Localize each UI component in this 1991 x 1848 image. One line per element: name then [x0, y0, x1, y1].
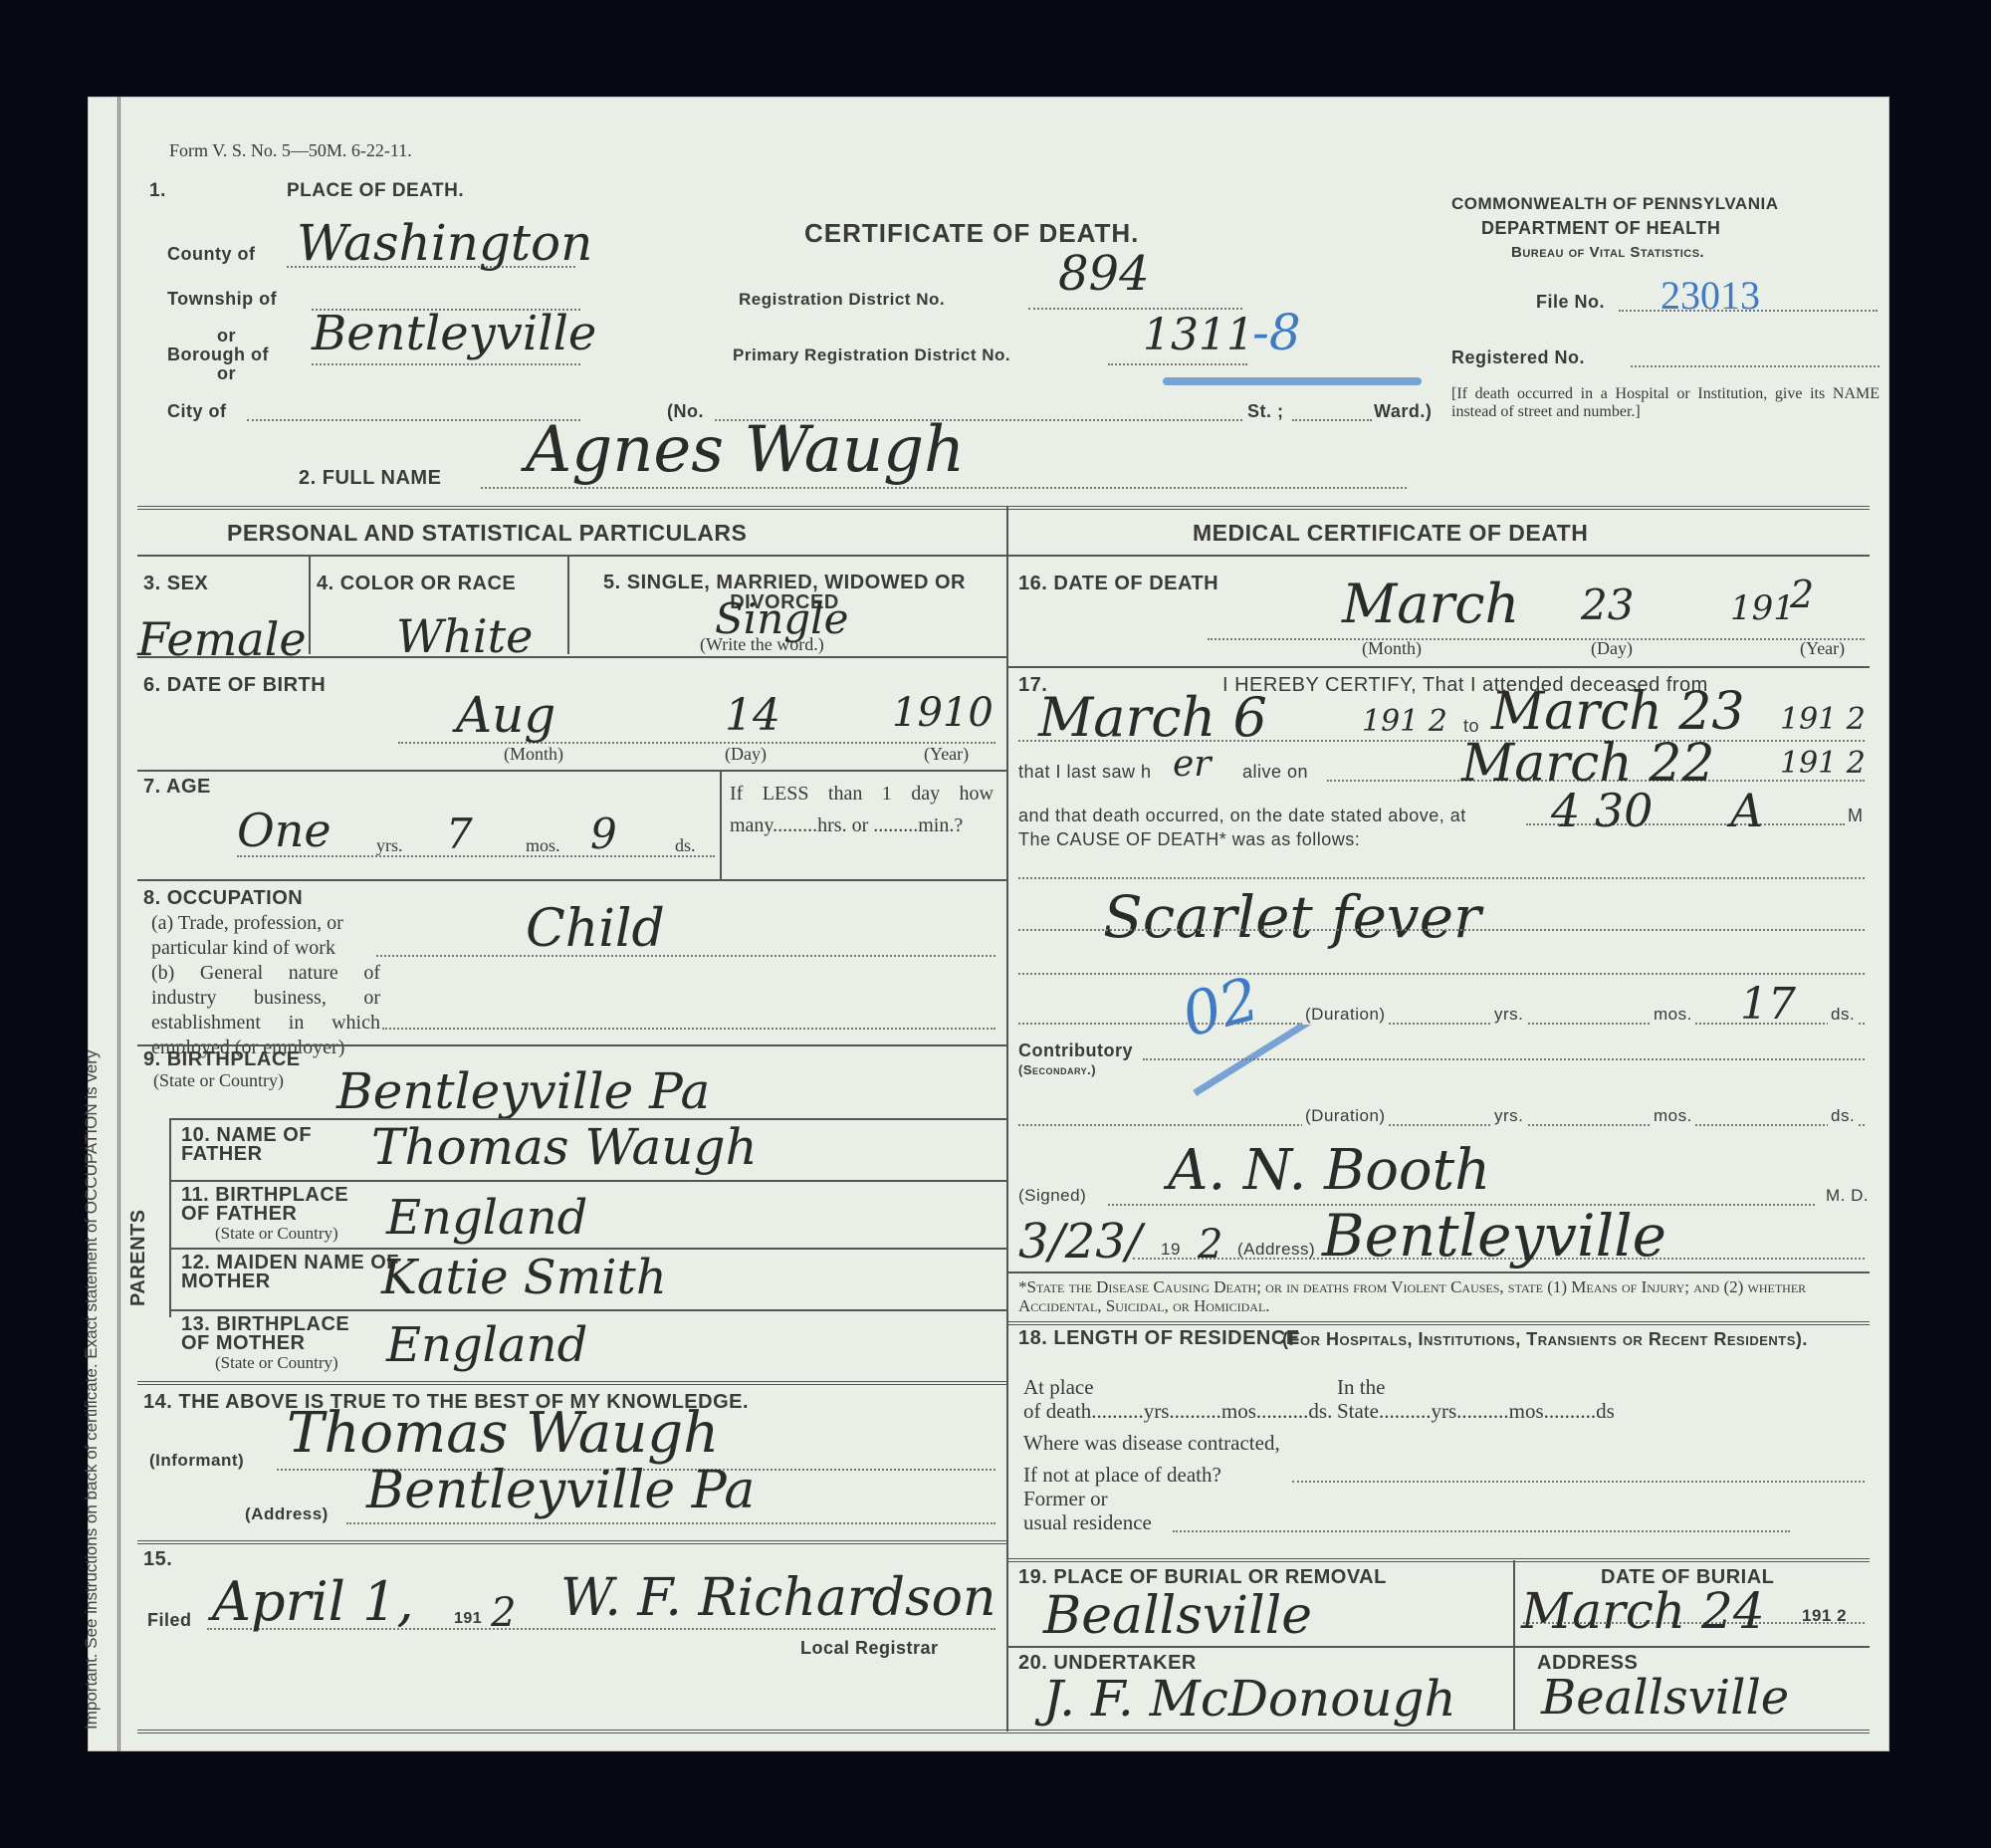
physician-signature: A. N. Booth: [1168, 1138, 1490, 1203]
form-number: Form V. S. No. 5—50M. 6-22-11.: [169, 140, 412, 161]
mother-name-value: Katie Smith: [381, 1250, 667, 1305]
local-registrar-label: Local Registrar: [800, 1638, 939, 1659]
filed-year-suffix: 2: [491, 1590, 516, 1636]
sex-label: 3. SEX: [143, 573, 208, 595]
date-of-death-month: March: [1342, 573, 1519, 635]
in-state-residence: State..........yrs..........mos.........…: [1337, 1399, 1615, 1424]
father-birthplace-sub: (State or Country): [215, 1224, 338, 1244]
filed-date: April 1,: [212, 1570, 414, 1633]
father-birthplace-label: 11. BIRTHPLACE OF FATHER: [181, 1186, 370, 1224]
cause-of-death-value: Scarlet fever: [1103, 883, 1481, 951]
year-caption: (Year): [1800, 638, 1845, 659]
birthplace-sub: (State or Country): [153, 1070, 284, 1091]
dob-year: 1910: [892, 690, 994, 736]
full-name-value: Agnes Waugh: [526, 413, 965, 487]
informant-value: Thomas Waugh: [287, 1401, 719, 1466]
margin-rule: [117, 97, 120, 1751]
death-occurred-label: and that death occurred, on the date sta…: [1018, 806, 1466, 826]
day-caption: (Day): [725, 744, 767, 765]
hospital-note: [If death occurred in a Hospital or Inst…: [1451, 385, 1880, 421]
duration-ds-label: ds.: [1828, 1106, 1858, 1126]
m-label: M: [1848, 806, 1864, 826]
marital-hint: (Write the word.): [700, 634, 824, 655]
last-saw-pronoun: er: [1173, 744, 1212, 785]
mother-birthplace-value: England: [386, 1317, 587, 1373]
age-months: 7: [446, 809, 473, 858]
registered-number-label: Registered No.: [1451, 347, 1585, 368]
certificate-title: CERTIFICATE OF DEATH.: [804, 218, 1139, 249]
ward-label: Ward.): [1374, 401, 1432, 422]
informant-label: (Informant): [149, 1451, 244, 1471]
primary-district-blue-mark: -8: [1252, 304, 1301, 361]
agency-commonwealth: COMMONWEALTH OF PENNSYLVANIA: [1451, 194, 1778, 214]
section-1-number: 1.: [149, 180, 166, 202]
personal-heading: PERSONAL AND STATISTICAL PARTICULARS: [227, 520, 747, 547]
duration-label: (Duration): [1302, 1106, 1389, 1126]
less-than-day-text: If LESS than 1 day how many.........hrs.…: [730, 778, 994, 841]
signed-year-prefix: 19: [1161, 1240, 1181, 1260]
month-caption: (Month): [1362, 638, 1422, 659]
birthplace-value: Bentleyville Pa: [336, 1062, 710, 1120]
borough-label: Borough of: [167, 345, 269, 365]
cause-footnote: *State the Disease Causing Death; or in …: [1018, 1277, 1865, 1315]
dob-label: 6. DATE OF BIRTH: [143, 674, 326, 697]
county-value: Washington: [297, 214, 592, 272]
duration-mos-label: mos.: [1651, 1106, 1695, 1126]
burial-date-year: 191 2: [1802, 1606, 1847, 1626]
occupation-label: 8. OCCUPATION: [143, 887, 303, 910]
parents-label: PARENTS: [127, 1209, 150, 1306]
file-number-value: 23013: [1660, 272, 1760, 319]
registration-district-value: 894: [1058, 246, 1150, 302]
duration-ds-label: ds.: [1828, 1005, 1858, 1025]
birthplace-label: 9. BIRTHPLACE: [143, 1048, 301, 1071]
city-label: City of: [167, 401, 227, 422]
residence-heading: 18. LENGTH OF RESIDENCE: [1018, 1327, 1300, 1350]
duration-days-value: 17: [1740, 979, 1796, 1030]
age-label: 7. AGE: [143, 776, 211, 799]
informant-address-value: Bentleyville Pa: [366, 1461, 755, 1520]
or-text: or: [217, 363, 236, 384]
medical-heading: MEDICAL CERTIFICATE OF DEATH: [1193, 520, 1588, 547]
signed-date: 3/23/: [1018, 1214, 1142, 1270]
burial-place-value: Beallsville: [1043, 1586, 1312, 1646]
informant-address-label: (Address): [245, 1504, 329, 1524]
cause-of-death-label: The CAUSE OF DEATH* was as follows:: [1018, 829, 1360, 850]
date-of-death-day: 23: [1581, 580, 1634, 629]
filed-year-prefix: 191: [454, 1610, 482, 1628]
or-text: or: [217, 326, 236, 346]
death-certificate: Important. See instructions on back of c…: [88, 97, 1889, 1751]
registration-district-label: Registration District No.: [739, 290, 945, 310]
attended-to-date: March 23: [1491, 682, 1744, 742]
physician-address-label: (Address): [1237, 1240, 1315, 1260]
mother-name-label: 12. MAIDEN NAME OF MOTHER: [181, 1254, 400, 1291]
primary-district-value: 1311: [1143, 310, 1254, 360]
age-days: 9: [590, 809, 617, 858]
residence-heading-note: (For Hospitals, Institutions, Transients…: [1282, 1329, 1870, 1349]
borough-value: Bentleyville: [312, 306, 596, 361]
agency-department: DEPARTMENT OF HEALTH: [1481, 218, 1720, 239]
attended-from-year: 191 2: [1362, 704, 1447, 739]
father-birthplace-value: England: [386, 1190, 587, 1246]
md-label: M. D.: [1826, 1186, 1869, 1206]
margin-instruction-text: Important. See instructions on back of c…: [82, 1050, 102, 1730]
year-caption: (Year): [924, 744, 969, 765]
am-pm-value: A: [1730, 784, 1763, 837]
alive-on-label: alive on: [1242, 762, 1308, 783]
duration-yrs-label: yrs.: [1491, 1005, 1526, 1025]
time-of-death: 4 30: [1551, 784, 1653, 837]
burial-date-value: March 24: [1521, 1582, 1765, 1640]
county-label: County of: [167, 244, 255, 265]
dob-day: 14: [725, 690, 780, 741]
file-number-label: File No.: [1536, 292, 1605, 313]
occupation-value: Child: [526, 899, 665, 959]
blue-annotation: 02: [1175, 964, 1266, 1050]
physician-address-value: Bentleyville: [1322, 1202, 1666, 1270]
attended-from-date: March 6: [1038, 686, 1267, 749]
of-death-residence: of death..........yrs..........mos......…: [1023, 1399, 1332, 1424]
section-15-number: 15.: [143, 1548, 172, 1571]
day-caption: (Day): [1591, 638, 1633, 659]
father-name-value: Thomas Waugh: [371, 1118, 758, 1176]
date-of-death-year-suffix: 2: [1790, 573, 1814, 616]
street-label: St. ;: [1247, 401, 1284, 422]
registrar-signature: W. F. Richardson: [560, 1568, 995, 1628]
last-saw-year: 191 2: [1780, 746, 1866, 781]
attended-to-year: 191 2: [1780, 702, 1866, 737]
agency-bureau: Bureau of Vital Statistics.: [1511, 244, 1704, 261]
in-the-label: In the: [1337, 1375, 1385, 1400]
dob-month: Aug: [456, 686, 555, 744]
mother-birthplace-sub: (State or Country): [215, 1353, 338, 1373]
filed-label: Filed: [147, 1610, 192, 1631]
signed-year-value: 2: [1198, 1222, 1222, 1268]
mother-birthplace-label: 13. BIRTHPLACE OF MOTHER: [181, 1315, 370, 1353]
race-label: 4. COLOR OR RACE: [317, 573, 516, 595]
race-value: White: [396, 609, 533, 663]
last-saw-label: that I last saw h: [1018, 762, 1152, 783]
at-place-label: At place: [1023, 1375, 1094, 1400]
place-of-death-heading: PLACE OF DEATH.: [287, 180, 464, 202]
if-not-label: If not at place of death?: [1023, 1463, 1221, 1488]
undertaker-value: J. F. McDonough: [1043, 1670, 1456, 1728]
undertaker-address-value: Beallsville: [1541, 1670, 1789, 1726]
usual-residence-label: usual residence: [1023, 1510, 1152, 1535]
duration-yrs-label: yrs.: [1491, 1106, 1526, 1126]
full-name-label: 2. FULL NAME: [299, 467, 441, 490]
contributory-label: Contributory: [1018, 1040, 1133, 1061]
yrs-label: yrs.: [376, 835, 403, 856]
occupation-a-text: (a) Trade, profession, or particular kin…: [151, 911, 400, 961]
duration-mos-label: mos.: [1651, 1005, 1695, 1025]
age-years: One: [237, 804, 332, 857]
date-of-death-label: 16. DATE OF DEATH: [1018, 573, 1218, 595]
signed-label: (Signed): [1018, 1186, 1086, 1206]
month-caption: (Month): [504, 744, 563, 765]
contributory-sub: (Secondary.): [1018, 1062, 1096, 1077]
father-name-label: 10. NAME OF FATHER: [181, 1126, 360, 1164]
where-contracted-label: Where was disease contracted,: [1023, 1431, 1280, 1456]
duration-label: (Duration): [1302, 1005, 1389, 1025]
primary-district-label: Primary Registration District No.: [733, 346, 1010, 365]
ds-label: ds.: [675, 835, 696, 856]
former-label: Former or: [1023, 1487, 1108, 1511]
date-of-death-year-prefix: 191: [1730, 588, 1795, 628]
blue-pencil-underline: [1163, 377, 1422, 385]
mos-label: mos.: [526, 835, 560, 856]
township-label: Township of: [167, 289, 277, 310]
